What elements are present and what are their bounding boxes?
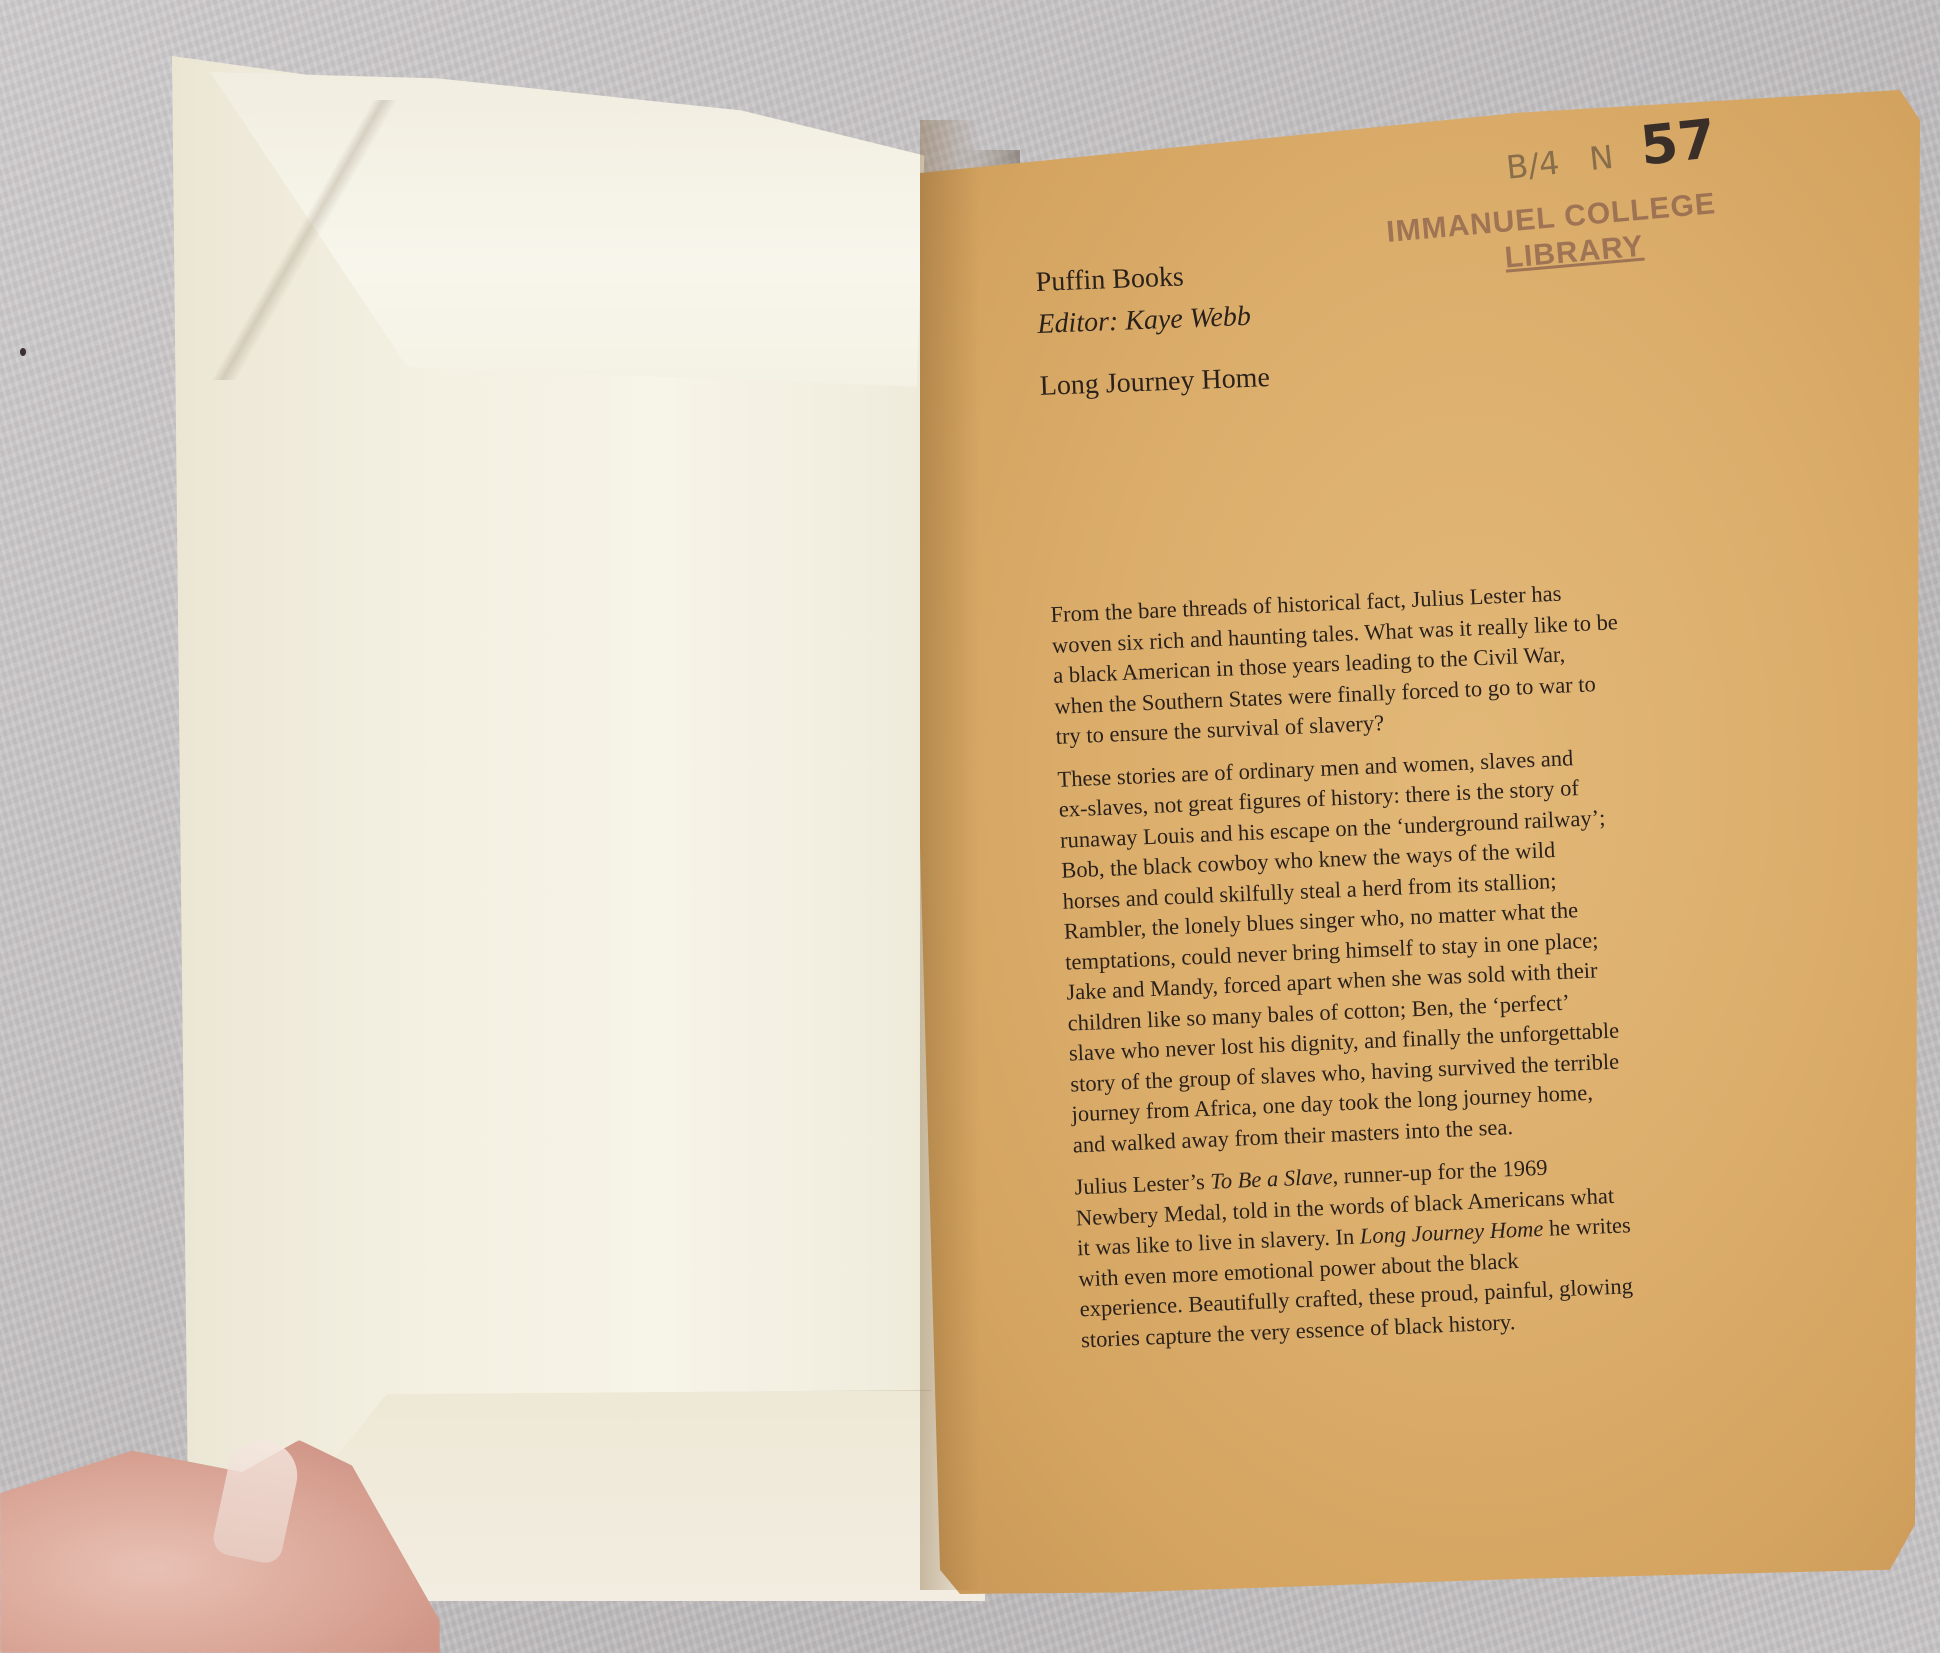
lint-fleck: [20, 348, 26, 356]
book-title: Long Journey Home: [1039, 357, 1271, 408]
blurb-paragraph-2: These stories are of ordinary men and wo…: [1057, 734, 1793, 1160]
text-run: , runner-up for the 1969: [1332, 1155, 1548, 1189]
right-page-gutter-shadow: [920, 120, 980, 1590]
blurb-paragraph-3: Julius Lester’s To Be a Slave, runner-up…: [1074, 1142, 1801, 1355]
editor-credit: Editor: Kaye Webb: [1037, 295, 1269, 346]
handwriting-number: 57: [1637, 107, 1718, 178]
page-header: Puffin Books Editor: Kaye Webb Long Jour…: [1035, 253, 1271, 408]
blurb-paragraph-1: From the bare threads of historical fact…: [1050, 570, 1776, 753]
text-run: he writes: [1543, 1212, 1631, 1241]
book-title-italic: To Be a Slave: [1210, 1164, 1333, 1194]
book-title-italic: Long Journey Home: [1359, 1216, 1544, 1249]
blurb-body: From the bare threads of historical fact…: [1050, 570, 1802, 1367]
handwriting-mark: N: [1588, 138, 1616, 178]
handwriting-small: B/4: [1504, 144, 1561, 187]
text-run: Julius Lester’s: [1074, 1169, 1211, 1200]
endpaper-fold-crease: [210, 100, 410, 380]
